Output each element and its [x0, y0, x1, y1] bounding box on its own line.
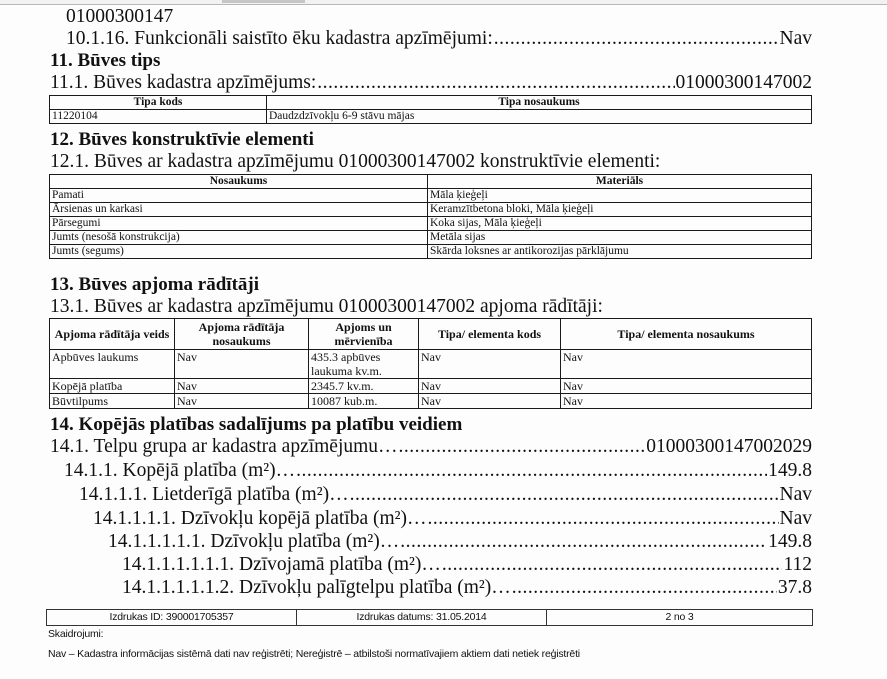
line-label: 14.1.1.1.1. Dzīvokļu kopējā platība (m²)…	[93, 508, 427, 530]
leader-dots	[296, 460, 767, 482]
volume-indicators-table: Apjoma rādītāja veids Apjoma rādītāja no…	[49, 318, 812, 409]
table-row: Pamati Māla ķieģeļi	[50, 189, 812, 203]
leader-dots	[512, 577, 777, 599]
area-line-3: 14.1.1.1. Lietderīgā platība (m²)… Nav	[79, 484, 812, 506]
table-row: 11220104 Daudzdzīvokļu 6-9 stāvu mājas	[50, 110, 812, 124]
cell-element-material: Skārda loksnes ar antikorozijas pārklāju…	[428, 245, 812, 259]
line-value: 01000300147002	[676, 72, 813, 94]
page-number: 2 no 3	[547, 610, 813, 626]
cell-indicator-name: Nav	[175, 394, 309, 409]
section-13-heading: 13. Būves apjoma rādītāji	[50, 274, 259, 295]
line-label: 14.1.1. Kopējā platība (m²)…	[64, 460, 295, 482]
print-id: Izdrukas ID: 390001705357	[47, 610, 297, 626]
notes-title: Skaidrojumi:	[48, 628, 103, 641]
header-type-code: Tipa kods	[50, 96, 267, 110]
line-value: Nav	[780, 508, 813, 530]
section-11-heading: 11. Būves tips	[50, 50, 160, 71]
line-label: 14.1. Telpu grupa ar kadastra apzīmējumu…	[50, 436, 398, 458]
horizontal-scrollbar-thumb[interactable]	[222, 0, 305, 3]
line-value: 37.8	[778, 577, 812, 599]
line-label: 10.1.16. Funkcionāli saistīto ēku kadast…	[66, 28, 493, 50]
line-11-1: 11.1. Būves kadastra apzīmējums: 0100030…	[50, 72, 812, 94]
table-header-row: Nosaukums Materiāls	[50, 175, 812, 189]
cell-volume-unit: 2345.7 kv.m.	[309, 379, 419, 394]
cell-element-name: Pamati	[50, 189, 428, 203]
cell-indicator-type: Apbūves laukums	[50, 350, 175, 379]
table-row: Ārsienas un karkasi Keramzītbetona bloki…	[50, 203, 812, 217]
cell-type-code: 11220104	[50, 110, 267, 124]
cell-element-material: Keramzītbetona bloki, Māla ķieģeļi	[428, 203, 812, 217]
table-header-row: Tipa kods Tipa nosaukums	[50, 96, 812, 110]
viewer-top-bar	[0, 0, 887, 5]
cell-element-name: Jumts (segums)	[50, 245, 428, 259]
cell-element-material: Metāla sijas	[428, 231, 812, 245]
line-value: 01000300147002029	[646, 436, 812, 458]
line-value: 112	[783, 554, 812, 576]
print-info-row: Izdrukas ID: 390001705357 Izdrukas datum…	[47, 610, 813, 626]
area-line-4: 14.1.1.1.1. Dzīvokļu kopējā platība (m²)…	[93, 508, 812, 530]
area-line-7: 14.1.1.1.1.1.2. Dzīvokļu palīgtelpu plat…	[122, 577, 812, 599]
table-row: Būvtilpums Nav 10087 kub.m. Nav Nav	[50, 394, 812, 409]
cell-element-name: Jumts (nesošā konstrukcija)	[50, 231, 428, 245]
header-material: Materiāls	[428, 175, 812, 189]
leader-dots	[399, 436, 646, 458]
header-name: Nosaukums	[50, 175, 428, 189]
print-info-table: Izdrukas ID: 390001705357 Izdrukas datum…	[46, 609, 813, 626]
table-row: Jumts (nesošā konstrukcija) Metāla sijas	[50, 231, 812, 245]
line-value: 149.8	[768, 531, 812, 553]
leader-dots	[317, 72, 674, 94]
header-indicator-name: Apjoma rādītāja nosaukums	[175, 319, 309, 350]
cell-element-name: Ārsienas un karkasi	[50, 203, 428, 217]
header-element-code: Tipa/ elementa kods	[419, 319, 561, 350]
line-value: Nav	[780, 28, 813, 50]
header-volume-unit: Apjoms un mērvienība	[309, 319, 419, 350]
notes-text: Nav – Kadastra informācijas sistēmā dati…	[48, 648, 580, 661]
section-14-heading: 14. Kopējās platības sadalījums pa platī…	[50, 414, 462, 435]
section-13-subheading: 13.1. Būves ar kadastra apzīmējumu 01000…	[50, 296, 603, 318]
cell-element-name: Nav	[561, 350, 812, 379]
line-label: 14.1.1.1.1.1.2. Dzīvokļu palīgtelpu plat…	[122, 577, 511, 599]
leader-dots	[428, 508, 779, 530]
area-line-1: 14.1. Telpu grupa ar kadastra apzīmējumu…	[50, 436, 812, 458]
cell-element-name: Pārsegumi	[50, 217, 428, 231]
section-12-heading: 12. Būves konstruktīvie elementi	[50, 129, 314, 150]
header-element-name: Tipa/ elementa nosaukums	[561, 319, 812, 350]
line-value: 149.8	[768, 460, 812, 482]
cell-indicator-name: Nav	[175, 350, 309, 379]
building-type-table: Tipa kods Tipa nosaukums 11220104 Daudzd…	[49, 95, 812, 124]
print-date: Izdrukas datums: 31.05.2014	[297, 610, 547, 626]
area-line-5: 14.1.1.1.1.1. Dzīvokļu platība (m²)… 149…	[108, 531, 812, 553]
line-label: 11.1. Būves kadastra apzīmējums:	[50, 72, 316, 94]
area-line-6: 14.1.1.1.1.1.1. Dzīvojamā platība (m²)… …	[122, 554, 812, 576]
table-row: Pārsegumi Koka sijas, Māla ķieģeļi	[50, 217, 812, 231]
cell-element-name: Nav	[561, 379, 812, 394]
leader-dots	[494, 28, 779, 50]
header-indicator-type: Apjoma rādītāja veids	[50, 319, 175, 350]
leader-dots	[350, 484, 779, 506]
document-page: 01000300147 10.1.16. Funkcionāli saistīt…	[0, 0, 887, 679]
cell-element-code: Nav	[419, 350, 561, 379]
cell-indicator-name: Nav	[175, 379, 309, 394]
table-row: Kopējā platība Nav 2345.7 kv.m. Nav Nav	[50, 379, 812, 394]
cell-volume-unit: 10087 kub.m.	[309, 394, 419, 409]
line-label: 14.1.1.1.1.1.1. Dzīvojamā platība (m²)…	[122, 554, 441, 576]
section-12-subheading: 12.1. Būves ar kadastra apzīmējumu 01000…	[50, 151, 660, 173]
line-label: 14.1.1.1.1.1. Dzīvokļu platība (m²)…	[108, 531, 399, 553]
structural-elements-table: Nosaukums Materiāls Pamati Māla ķieģeļi …	[49, 174, 812, 259]
header-type-name: Tipa nosaukums	[267, 96, 812, 110]
cell-element-material: Koka sijas, Māla ķieģeļi	[428, 217, 812, 231]
cell-indicator-type: Kopējā platība	[50, 379, 175, 394]
cell-element-code: Nav	[419, 394, 561, 409]
line-10-1-16: 10.1.16. Funkcionāli saistīto ēku kadast…	[66, 28, 812, 50]
leader-dots	[400, 531, 767, 553]
table-row: Jumts (segums) Skārda loksnes ar antikor…	[50, 245, 812, 259]
cadastre-number-continuation: 01000300147	[66, 6, 173, 28]
cell-type-name: Daudzdzīvokļu 6-9 stāvu mājas	[267, 110, 812, 124]
line-value: Nav	[780, 484, 813, 506]
area-line-2: 14.1.1. Kopējā platība (m²)… 149.8	[64, 460, 812, 482]
cell-element-name: Nav	[561, 394, 812, 409]
table-row: Apbūves laukums Nav 435.3 apbūves laukum…	[50, 350, 812, 379]
leader-dots	[442, 554, 783, 576]
cell-element-code: Nav	[419, 379, 561, 394]
cell-indicator-type: Būvtilpums	[50, 394, 175, 409]
cell-volume-unit: 435.3 apbūves laukuma kv.m.	[309, 350, 419, 379]
line-label: 14.1.1.1. Lietderīgā platība (m²)…	[79, 484, 349, 506]
table-header-row: Apjoma rādītāja veids Apjoma rādītāja no…	[50, 319, 812, 350]
cell-element-material: Māla ķieģeļi	[428, 189, 812, 203]
